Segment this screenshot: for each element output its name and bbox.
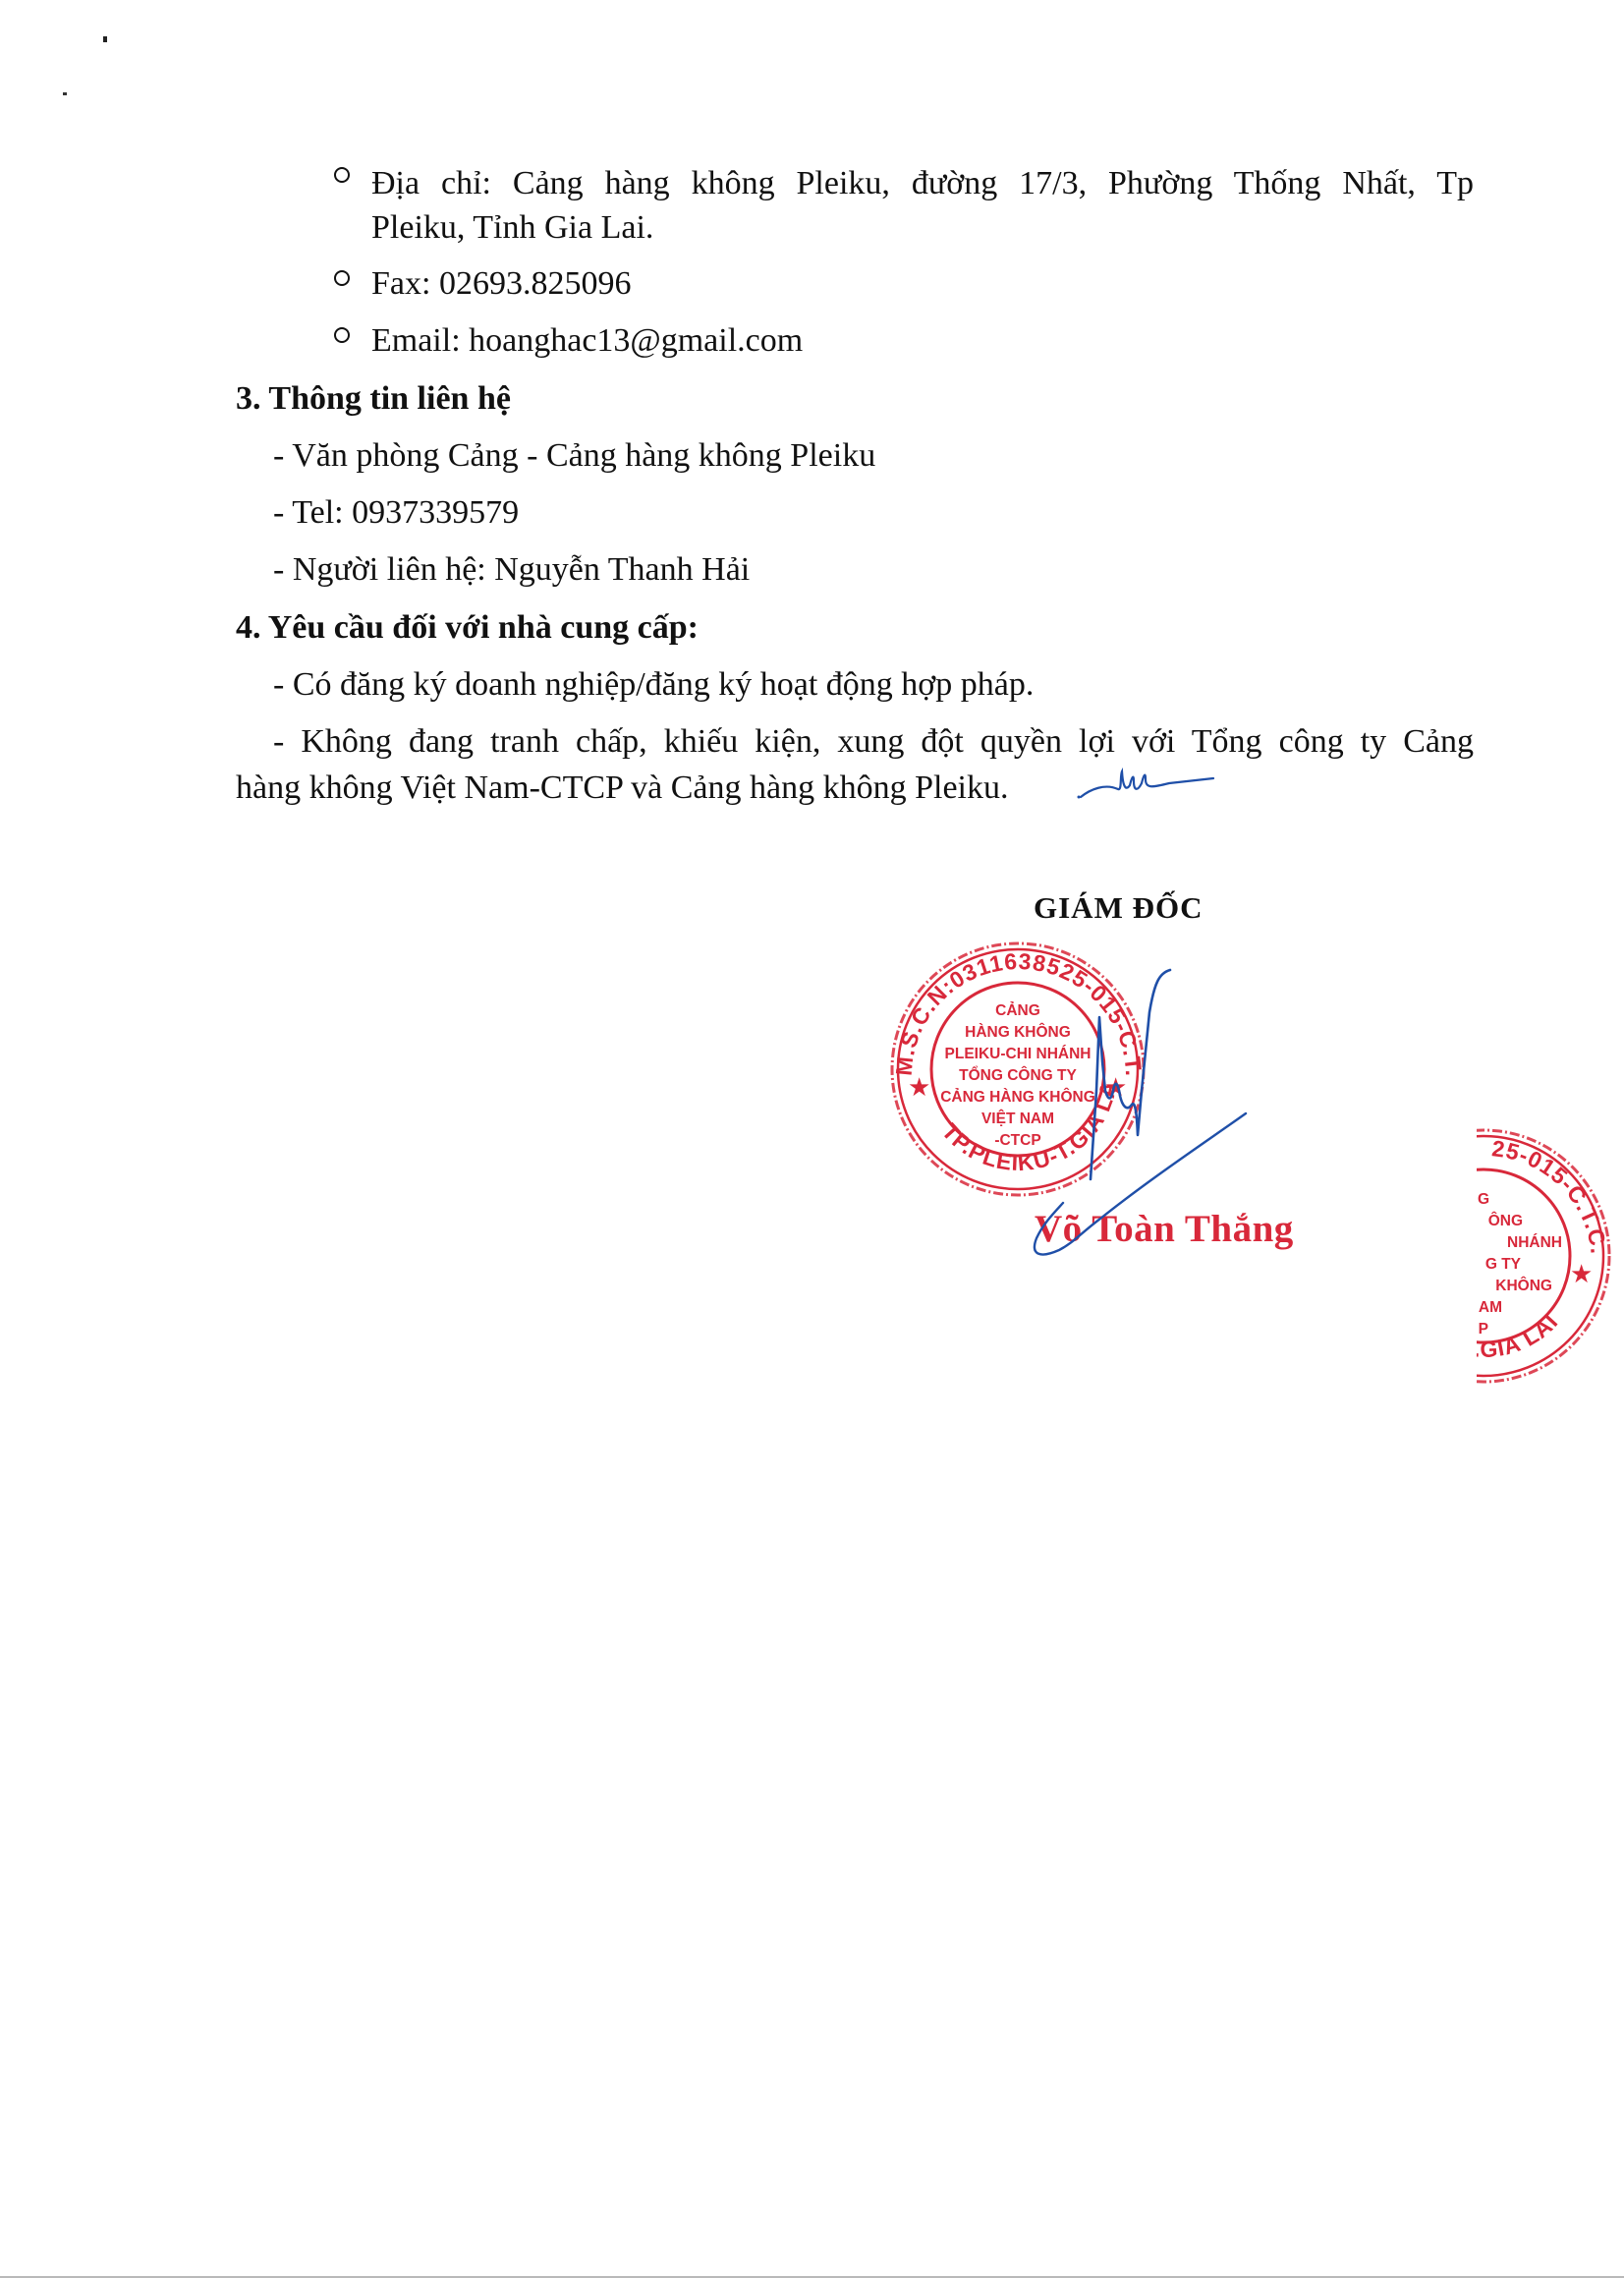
svg-text:P: P xyxy=(1479,1321,1488,1338)
hollow-circle-bullet-icon xyxy=(334,270,350,286)
email-text: Email: hoanghac13@gmail.com xyxy=(371,321,803,361)
address-line-2: Pleiku, Tỉnh Gia Lai. xyxy=(371,208,653,248)
contact-tel: - Tel: 0937339579 xyxy=(273,493,519,533)
svg-text:ÔNG: ÔNG xyxy=(1488,1212,1523,1229)
star-icon: ★ xyxy=(1570,1260,1593,1288)
section4-heading: 4. Yêu cầu đối với nhà cung cấp: xyxy=(236,608,699,648)
signer-title: GIÁM ĐỐC xyxy=(1034,888,1203,928)
section3-heading: 3. Thông tin liên hệ xyxy=(236,379,511,419)
star-icon: ★ xyxy=(908,1073,930,1102)
handwritten-signature xyxy=(982,943,1277,1278)
requirement-1: - Có đăng ký doanh nghiệp/đăng ký hoạt đ… xyxy=(273,665,1034,705)
svg-text:AM: AM xyxy=(1479,1299,1502,1316)
svg-text:NHÁNH: NHÁNH xyxy=(1507,1234,1562,1251)
hollow-circle-bullet-icon xyxy=(334,327,350,343)
address-line-1: Địa chỉ: Cảng hàng không Pleiku, đường 1… xyxy=(371,164,1474,203)
svg-text:G: G xyxy=(1478,1191,1489,1208)
hollow-circle-bullet-icon xyxy=(334,167,350,183)
svg-text:G TY: G TY xyxy=(1485,1256,1522,1273)
contact-office: - Văn phòng Cảng - Cảng hàng không Pleik… xyxy=(273,436,875,476)
partial-seal: 25-015-C.T.C.P .GIA LAI ★ G ÔNG NHÁNH G … xyxy=(1477,1128,1624,1386)
requirement-2-line-1: - Không đang tranh chấp, khiếu kiện, xun… xyxy=(236,722,1474,762)
svg-text:KHÔNG: KHÔNG xyxy=(1495,1277,1552,1294)
initials-mark xyxy=(1071,762,1228,806)
scan-specks xyxy=(0,0,196,147)
fax-text: Fax: 02693.825096 xyxy=(371,264,631,304)
requirement-2-line-2: hàng không Việt Nam-CTCP và Cảng hàng kh… xyxy=(236,769,1009,808)
contact-person: - Người liên hệ: Nguyễn Thanh Hải xyxy=(273,550,750,590)
